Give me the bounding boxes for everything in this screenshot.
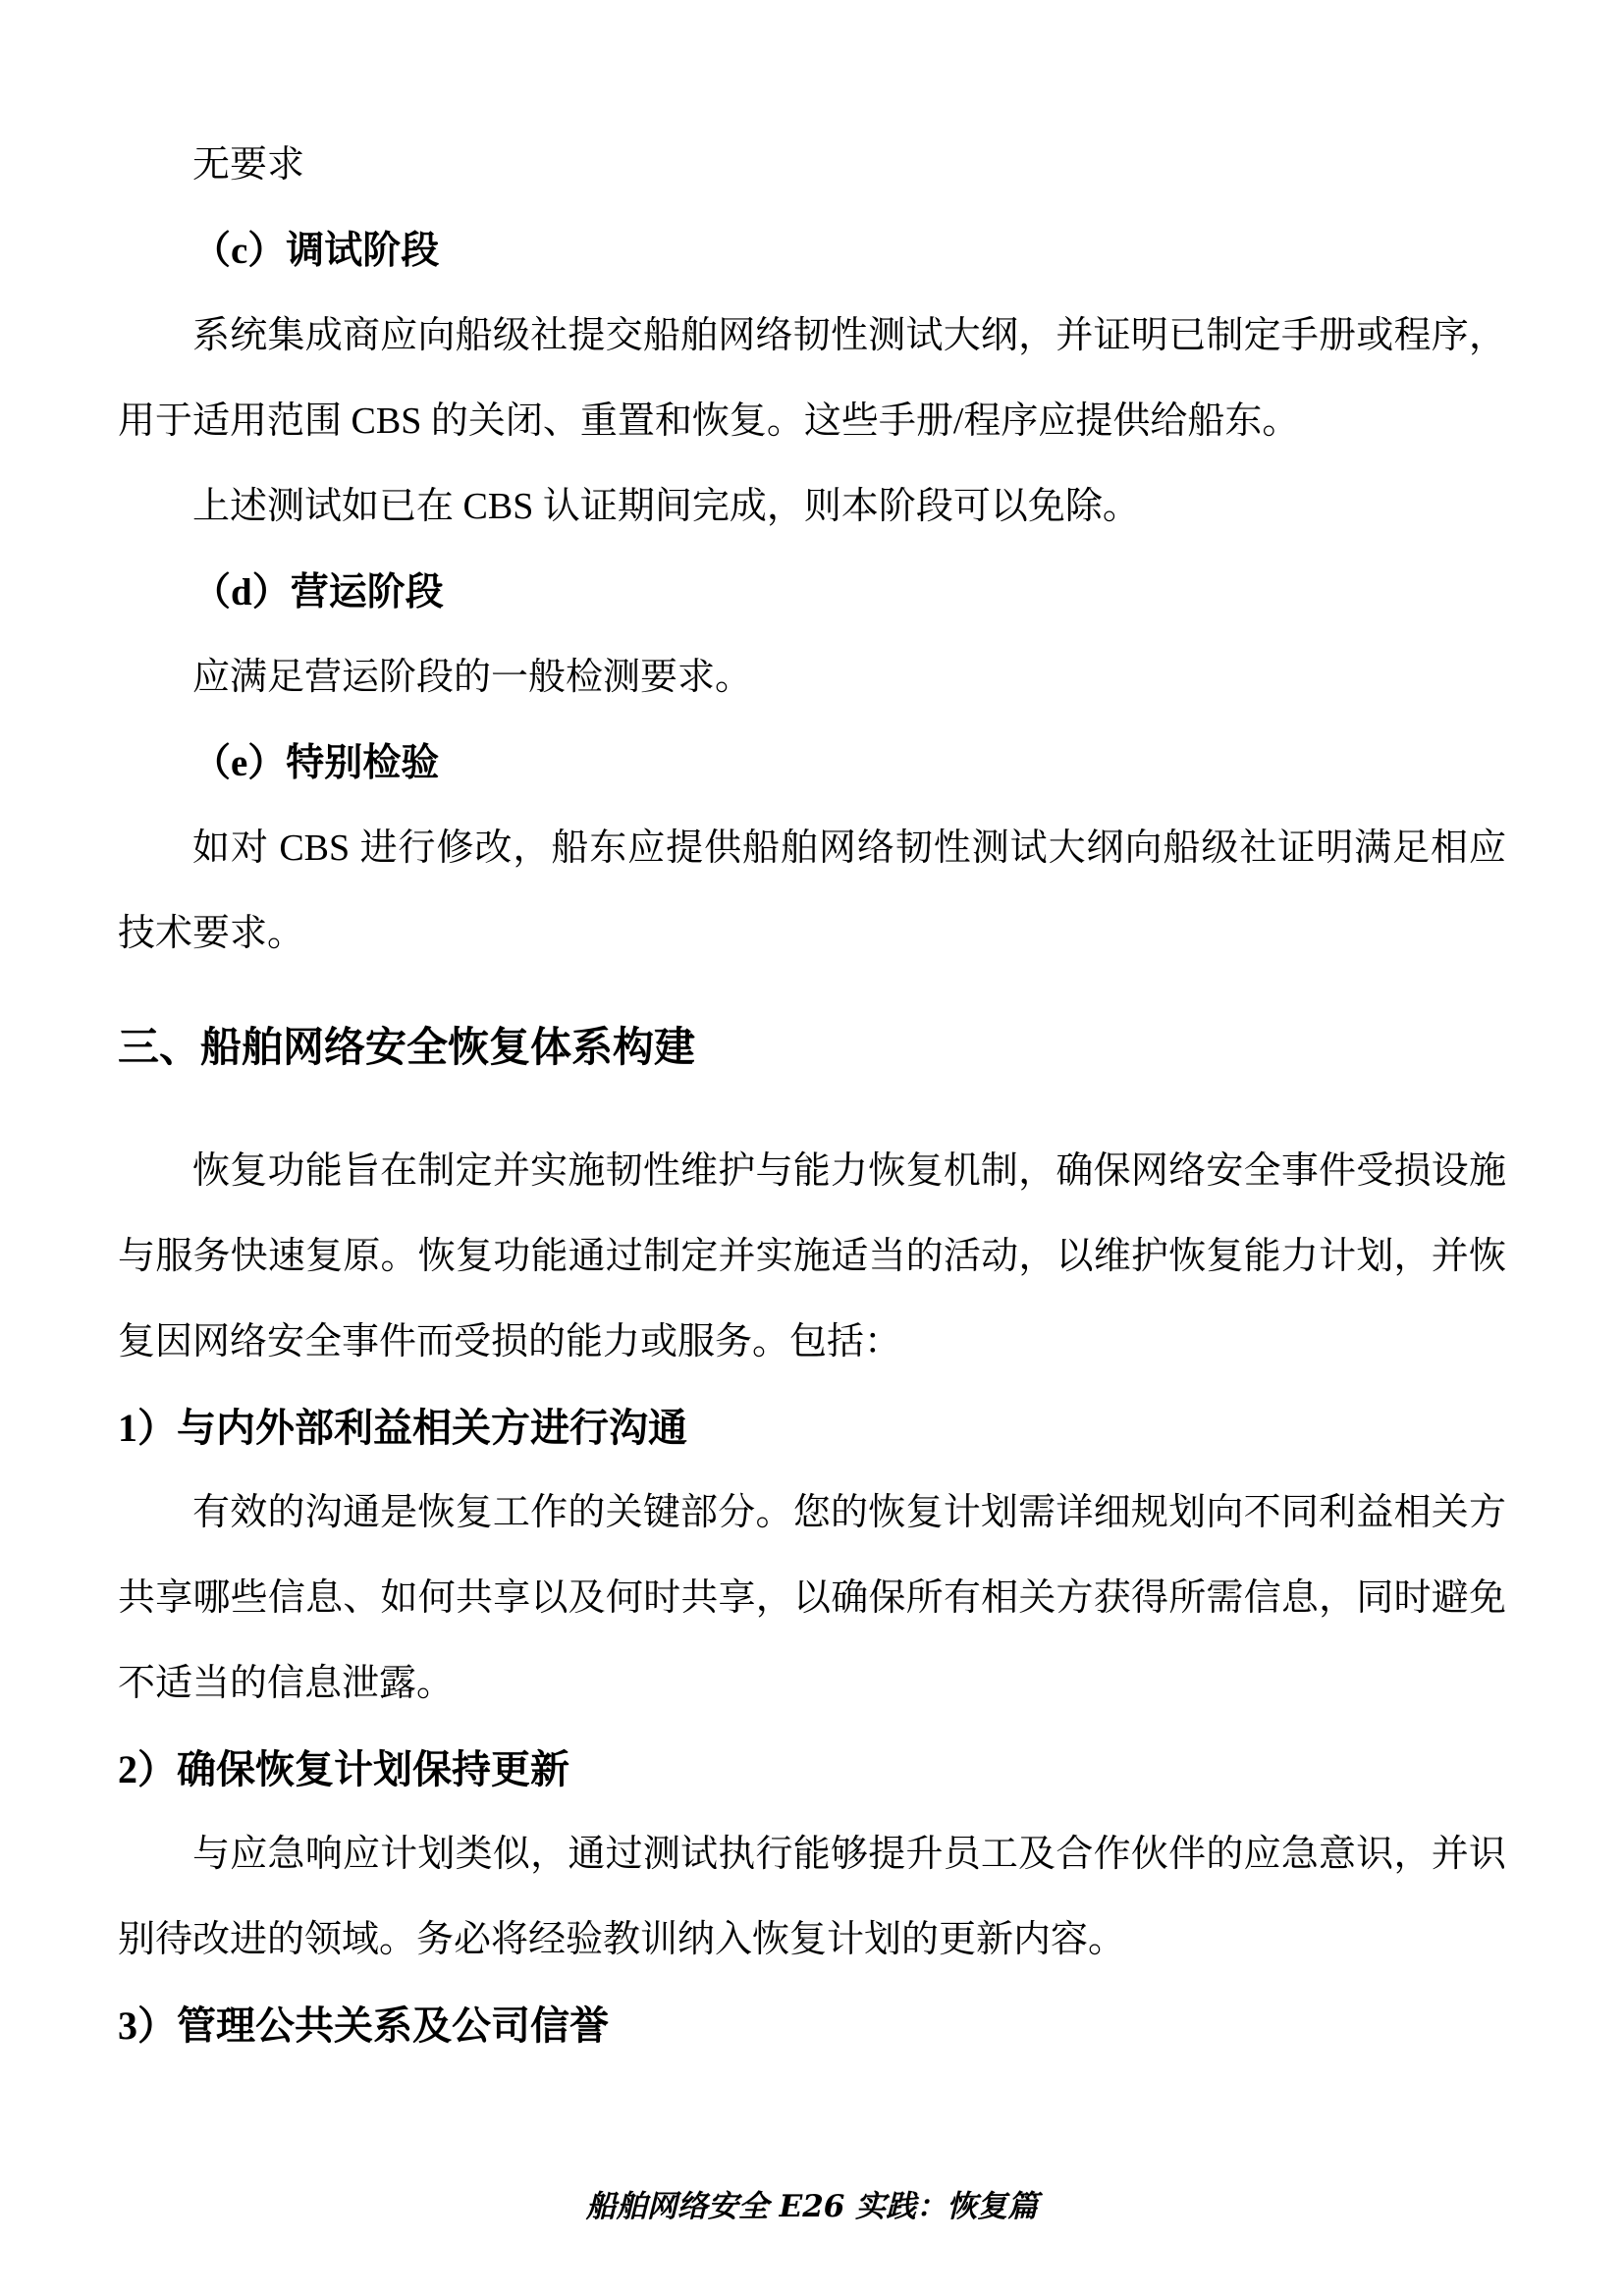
page-footer: 船舶网络安全 E26 实践：恢复篇 xyxy=(0,2181,1624,2225)
body-paragraph: 无要求 xyxy=(118,123,1506,208)
body-paragraph: 上述测试如已在 CBS 认证期间完成，则本阶段可以免除。 xyxy=(118,464,1506,550)
body-paragraph: 系统集成商应向船级社提交船舶网络韧性测试大纲，并证明已制定手册或程序，用于适用范… xyxy=(118,294,1506,464)
body-paragraph: 有效的沟通是恢复工作的关键部分。您的恢复计划需详细规划向不同利益相关方共享哪些信… xyxy=(118,1470,1506,1727)
document-page: 无要求 （c）调试阶段 系统集成商应向船级社提交船舶网络韧性测试大纲，并证明已制… xyxy=(0,0,1624,2296)
numbered-heading-1: 1）与内外部利益相关方进行沟通 xyxy=(118,1385,1506,1470)
section-heading: 三、船舶网络安全恢复体系构建 xyxy=(118,1006,1506,1092)
numbered-heading-2: 2）确保恢复计划保持更新 xyxy=(118,1727,1506,1812)
subsection-heading-d: （d）营运阶段 xyxy=(118,550,1506,635)
subsection-heading-c: （c）调试阶段 xyxy=(118,208,1506,294)
body-paragraph: 如对 CBS 进行修改，船东应提供船舶网络韧性测试大纲向船级社证明满足相应技术要… xyxy=(118,806,1506,977)
subsection-heading-e: （e）特别检验 xyxy=(118,721,1506,806)
body-paragraph: 应满足营运阶段的一般检测要求。 xyxy=(118,635,1506,721)
body-paragraph: 与应急响应计划类似，通过测试执行能够提升员工及合作伙伴的应急意识，并识别待改进的… xyxy=(118,1812,1506,1983)
body-paragraph: 恢复功能旨在制定并实施韧性维护与能力恢复机制，确保网络安全事件受损设施与服务快速… xyxy=(118,1129,1506,1385)
document-content: 无要求 （c）调试阶段 系统集成商应向船级社提交船舶网络韧性测试大纲，并证明已制… xyxy=(118,123,1506,2068)
numbered-heading-3: 3）管理公共关系及公司信誉 xyxy=(118,1983,1506,2068)
